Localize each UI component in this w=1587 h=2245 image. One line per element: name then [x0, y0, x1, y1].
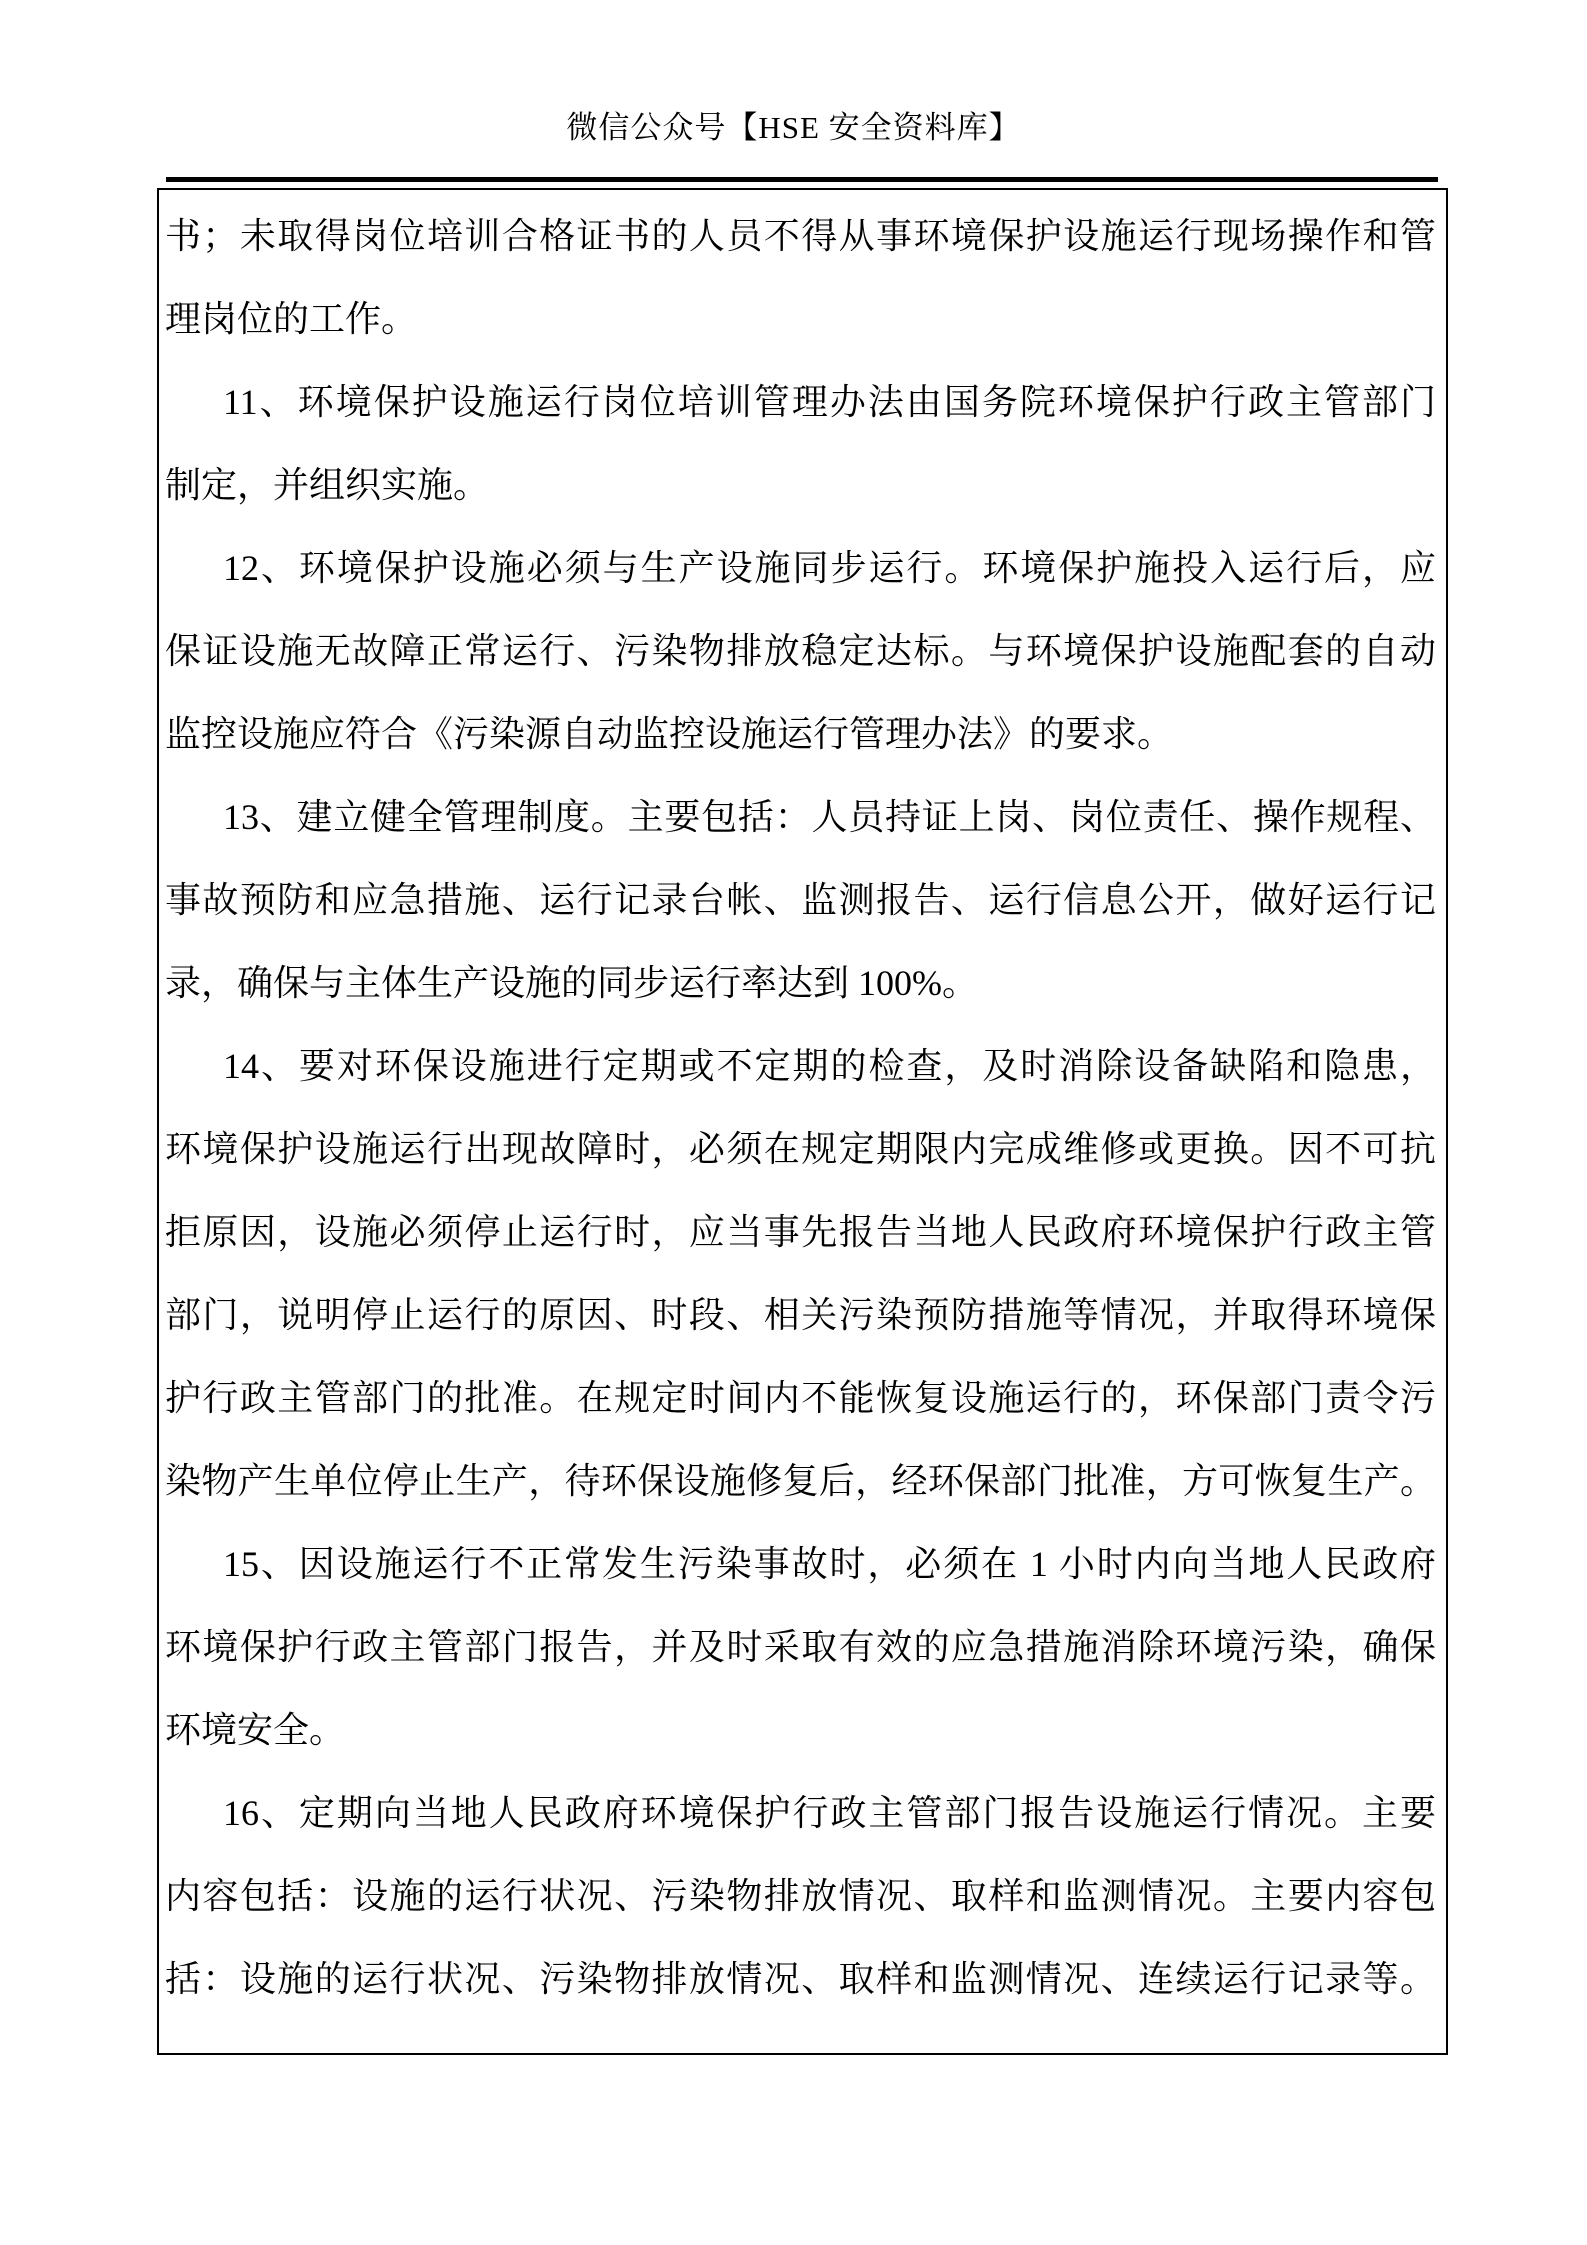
- text-line: 环境保护行政主管部门报告，并及时采取有效的应急措施消除环境污染，确保: [165, 1606, 1436, 1689]
- text-line: 保证设施无故障正常运行、污染物排放稳定达标。与环境保护设施配套的自动: [165, 610, 1436, 693]
- text-line: 13、建立健全管理制度。主要包括：人员持证上岗、岗位责任、操作规程、: [165, 776, 1436, 859]
- text-line: 括：设施的运行状况、污染物排放情况、取样和监测情况、连续运行记录等。: [165, 1938, 1436, 2021]
- text-line: 内容包括：设施的运行状况、污染物排放情况、取样和监测情况。主要内容包: [165, 1855, 1436, 1938]
- text-line: 11、环境保护设施运行岗位培训管理办法由国务院环境保护行政主管部门: [165, 361, 1436, 444]
- document-page: 微信公众号【HSE 安全资料库】 书；未取得岗位培训合格证书的人员不得从事环境保…: [0, 0, 1587, 2245]
- text-line: 16、定期向当地人民政府环境保护行政主管部门报告设施运行情况。主要: [165, 1772, 1436, 1855]
- text-line: 书；未取得岗位培训合格证书的人员不得从事环境保护设施运行现场操作和管: [165, 195, 1436, 278]
- text-line: 12、环境保护设施必须与生产设施同步运行。环境保护施投入运行后，应: [165, 527, 1436, 610]
- text-line: 事故预防和应急措施、运行记录台帐、监测报告、运行信息公开，做好运行记: [165, 859, 1436, 942]
- text-line: 制定，并组织实施。: [165, 444, 1436, 527]
- text-line: 理岗位的工作。: [165, 278, 1436, 361]
- text-line: 14、要对环保设施进行定期或不定期的检查，及时消除设备缺陷和隐患，: [165, 1025, 1436, 1108]
- text-line: 录，确保与主体生产设施的同步运行率达到 100%。: [165, 942, 1436, 1025]
- text-line: 部门，说明停止运行的原因、时段、相关污染预防措施等情况，并取得环境保: [165, 1274, 1436, 1357]
- header-rule: [166, 177, 1438, 182]
- text-line: 15、因设施运行不正常发生污染事故时，必须在 1 小时内向当地人民政府: [165, 1523, 1436, 1606]
- document-text: 书；未取得岗位培训合格证书的人员不得从事环境保护设施运行现场操作和管理岗位的工作…: [159, 190, 1446, 2021]
- text-line: 染物产生单位停止生产，待环保设施修复后，经环保部门批准，方可恢复生产。: [165, 1440, 1436, 1523]
- document-body-box: 书；未取得岗位培训合格证书的人员不得从事环境保护设施运行现场操作和管理岗位的工作…: [157, 188, 1448, 2055]
- text-line: 监控设施应符合《污染源自动监控设施运行管理办法》的要求。: [165, 693, 1436, 776]
- text-line: 环境安全。: [165, 1689, 1436, 1772]
- text-line: 拒原因，设施必须停止运行时，应当事先报告当地人民政府环境保护行政主管: [165, 1191, 1436, 1274]
- page-header-title: 微信公众号【HSE 安全资料库】: [0, 110, 1587, 146]
- text-line: 环境保护设施运行出现故障时，必须在规定期限内完成维修或更换。因不可抗: [165, 1108, 1436, 1191]
- text-line: 护行政主管部门的批准。在规定时间内不能恢复设施运行的，环保部门责令污: [165, 1357, 1436, 1440]
